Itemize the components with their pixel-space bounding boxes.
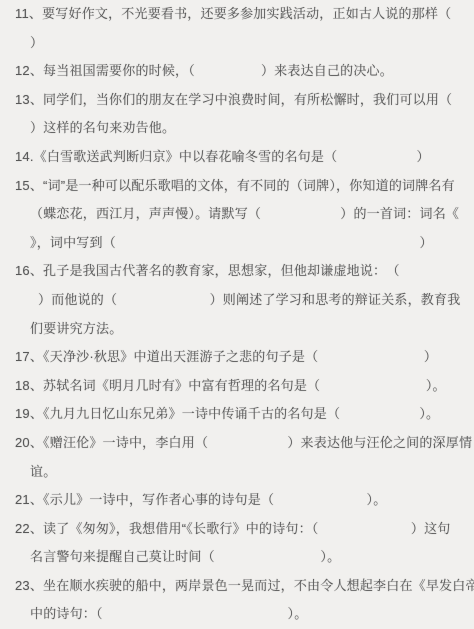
question-11-line-2: ）	[0, 29, 474, 58]
question-15: 15、“词”是一种可以配乐歌唱的文体，有不同的（词牌），你知道的词牌名有 （蝶恋…	[0, 172, 474, 258]
question-17-line-1: 17、《天净沙·秋思》中道出天涯游子之悲的句子是（ ）	[0, 343, 474, 372]
question-11-line-1: 11、要写好作文，不光要看书，还要多参加实践活动，正如古人说的那样（	[0, 0, 474, 29]
question-20-line-1: 20、《赠汪伦》一诗中，李白用（ ）来表达他与汪伦之间的深厚情	[0, 429, 474, 458]
question-23-line-1: 23、坐在顺水疾驶的船中，两岸景色一晃而过，不由令人想起李白在《早发白帝》	[0, 572, 474, 601]
question-22-line-2: 名言警句来提醒自己莫让时间（ ）。	[0, 543, 474, 572]
question-13-line-2: ）这样的名句来劝告他。	[0, 114, 474, 143]
question-19-line-1: 19、《九月九日忆山东兄弟》一诗中传诵千古的名句是（ ）。	[0, 400, 474, 429]
question-11: 11、要写好作文，不光要看书，还要多参加实践活动，正如古人说的那样（ ）	[0, 0, 474, 57]
question-16-line-3: 们要讲究方法。	[0, 315, 474, 344]
question-23: 23、坐在顺水疾驶的船中，两岸景色一晃而过，不由令人想起李白在《早发白帝》 中的…	[0, 572, 474, 629]
question-12: 12、每当祖国需要你的时候，（ ）来表达自己的决心。	[0, 57, 474, 86]
question-21-line-1: 21、《示儿》一诗中，写作者心事的诗句是（ ）。	[0, 486, 474, 515]
question-12-line-1: 12、每当祖国需要你的时候，（ ）来表达自己的决心。	[0, 57, 474, 86]
question-13: 13、同学们，当你们的朋友在学习中浪费时间，有所松懈时，我们可以用（ ）这样的名…	[0, 86, 474, 143]
question-20: 20、《赠汪伦》一诗中，李白用（ ）来表达他与汪伦之间的深厚情 谊。	[0, 429, 474, 486]
question-21: 21、《示儿》一诗中，写作者心事的诗句是（ ）。	[0, 486, 474, 515]
question-22-line-1: 22、读了《匆匆》，我想借用“《长歌行》中的诗句：（ ）这句	[0, 515, 474, 544]
question-14-line-1: 14.《白雪歌送武判断归京》中以春花喻冬雪的名句是（ ）	[0, 143, 474, 172]
question-16-line-1: 16、孔子是我国古代著名的教育家，思想家，但他却谦虚地说： （	[0, 257, 474, 286]
question-16: 16、孔子是我国古代著名的教育家，思想家，但他却谦虚地说： （ ）而他说的（ ）…	[0, 257, 474, 343]
question-19: 19、《九月九日忆山东兄弟》一诗中传诵千古的名句是（ ）。	[0, 400, 474, 429]
question-15-line-3: 》，词中写到（ ）	[0, 229, 474, 258]
question-22: 22、读了《匆匆》，我想借用“《长歌行》中的诗句：（ ）这句 名言警句来提醒自己…	[0, 515, 474, 572]
question-15-line-2: （蝶恋花，西江月，声声慢）。请默写（ ）的一首词：词名《	[0, 200, 474, 229]
question-16-line-2: ）而他说的（ ）则阐述了学习和思考的辩证关系，教育我	[0, 286, 474, 315]
question-18-line-1: 18、苏轼名词《明月几时有》中富有哲理的名句是（ ）。	[0, 372, 474, 401]
question-20-line-2: 谊。	[0, 458, 474, 487]
question-17: 17、《天净沙·秋思》中道出天涯游子之悲的句子是（ ）	[0, 343, 474, 372]
question-18: 18、苏轼名词《明月几时有》中富有哲理的名句是（ ）。	[0, 372, 474, 401]
question-23-line-2: 中的诗句：（ ）。	[0, 600, 474, 629]
question-14: 14.《白雪歌送武判断归京》中以春花喻冬雪的名句是（ ）	[0, 143, 474, 172]
worksheet-page: 11、要写好作文，不光要看书，还要多参加实践活动，正如古人说的那样（ ） 12、…	[0, 0, 474, 629]
question-13-line-1: 13、同学们，当你们的朋友在学习中浪费时间，有所松懈时，我们可以用（	[0, 86, 474, 115]
question-15-line-1: 15、“词”是一种可以配乐歌唱的文体，有不同的（词牌），你知道的词牌名有	[0, 172, 474, 201]
